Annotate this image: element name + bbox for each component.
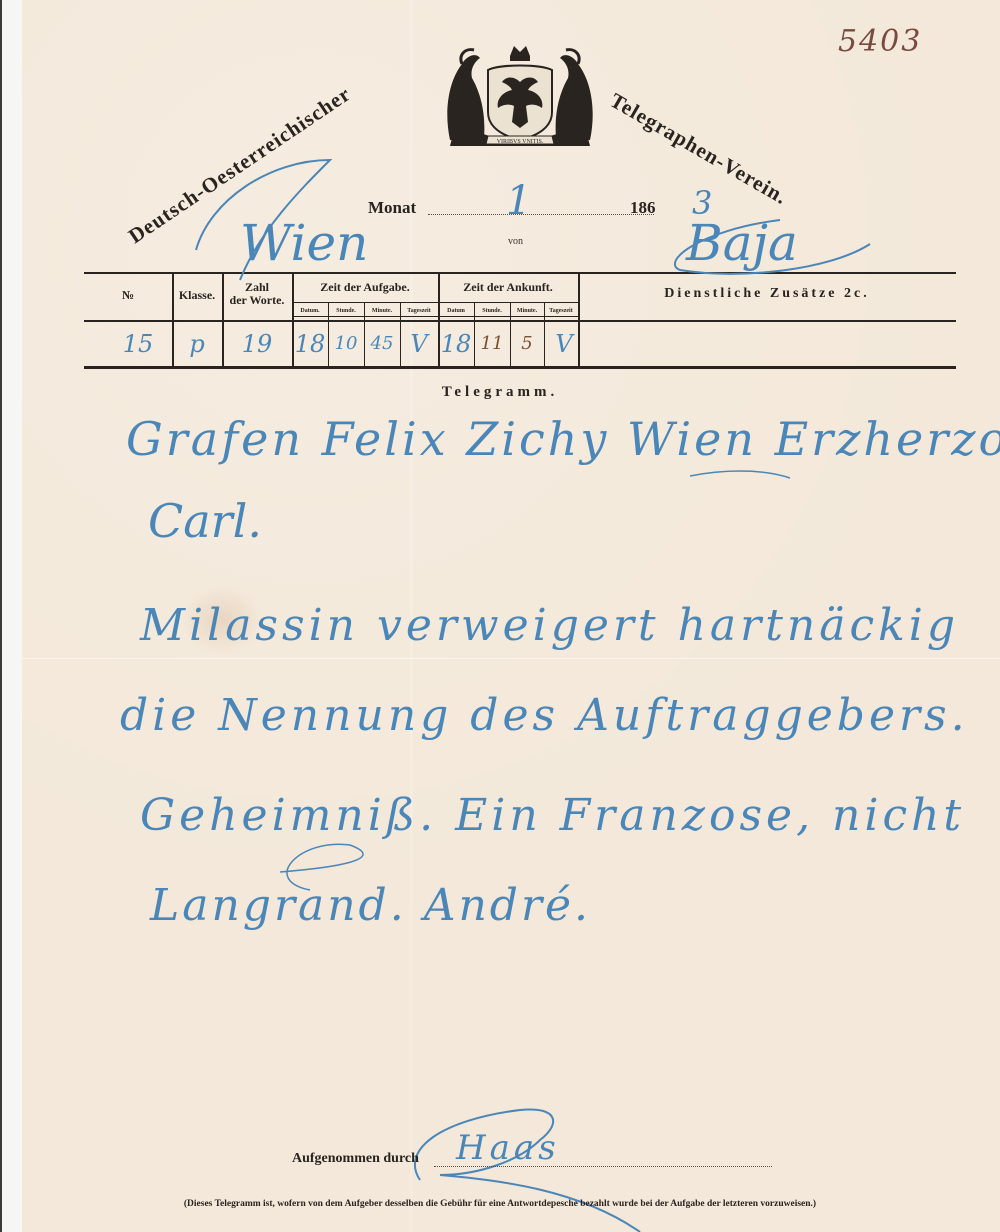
header-word-count: Zahl der Worte. <box>222 281 292 307</box>
month-value: 1 <box>506 178 531 224</box>
footnote: (Dieses Telegramm ist, wofern von dem Au… <box>0 1199 1000 1209</box>
cell-arrival-minute: 5 <box>510 322 544 366</box>
catalog-number: 5403 <box>838 24 922 59</box>
cell-word-count: 19 <box>222 322 292 366</box>
subheader-submission-hour: Stunde. <box>328 306 364 316</box>
imperial-crest-icon: VIRIBVS VNITIS. <box>440 42 600 150</box>
message-line-3: Milassin verweigert hartnäckig <box>140 600 959 651</box>
header-arrival-time: Zeit der Ankunft. <box>438 281 578 294</box>
message-line-6: Langrand. André. <box>150 880 591 931</box>
scan-margin <box>2 0 22 1232</box>
cell-submission-hour: 10 <box>328 322 364 366</box>
header-class: Klasse. <box>172 289 222 302</box>
subheader-arrival-date: Datum <box>438 306 474 316</box>
crest-motto: VIRIBVS VNITIS. <box>497 139 544 145</box>
received-by-label: Aufgenommen durch <box>292 1151 419 1167</box>
subheader-submission-minute: Minute. <box>364 306 400 316</box>
message-line-5: Geheimniß. Ein Franzose, nicht <box>140 790 965 841</box>
cell-remarks <box>578 322 956 366</box>
message-line-1: Grafen Felix Zichy Wien Erzherzog <box>126 412 1000 466</box>
cell-number: 15 <box>104 322 172 366</box>
header-submission-time: Zeit der Aufgabe. <box>292 281 438 294</box>
received-by-signature: Haas <box>456 1128 560 1168</box>
cell-submission-date: 18 <box>292 322 328 366</box>
fold-crease <box>22 658 1000 659</box>
origin-place: Wien <box>240 214 368 272</box>
from-label: von <box>508 236 523 247</box>
cell-submission-minute: 45 <box>364 322 400 366</box>
transmission-table: № Klasse. Zahl der Worte. Zeit der Aufga… <box>84 272 956 368</box>
telegram-title: Telegramm. <box>0 384 1000 401</box>
destination-place: Baja <box>686 214 798 272</box>
message-line-4: die Nennung des Auftraggebers. <box>120 690 969 741</box>
cell-submission-daytime: V <box>400 322 438 366</box>
year-prefix: 186 <box>630 198 656 218</box>
cell-arrival-date: 18 <box>438 322 474 366</box>
subheader-submission-daytime: Tageszeit <box>400 306 438 316</box>
cell-class: p <box>172 322 222 366</box>
subheader-arrival-hour: Stunde. <box>474 306 510 316</box>
month-label: Monat <box>368 198 416 218</box>
message-line-2: Carl. <box>148 494 262 548</box>
subheader-arrival-minute: Minute. <box>510 306 544 316</box>
header-number: № <box>84 289 172 302</box>
subheader-submission-date: Datum. <box>292 306 328 316</box>
month-fill-line <box>428 214 654 215</box>
subheader-arrival-daytime: Tageszeit <box>544 306 578 316</box>
cell-arrival-hour: 11 <box>474 322 510 366</box>
header-remarks: Dienstliche Zusätze 2c. <box>578 286 956 302</box>
